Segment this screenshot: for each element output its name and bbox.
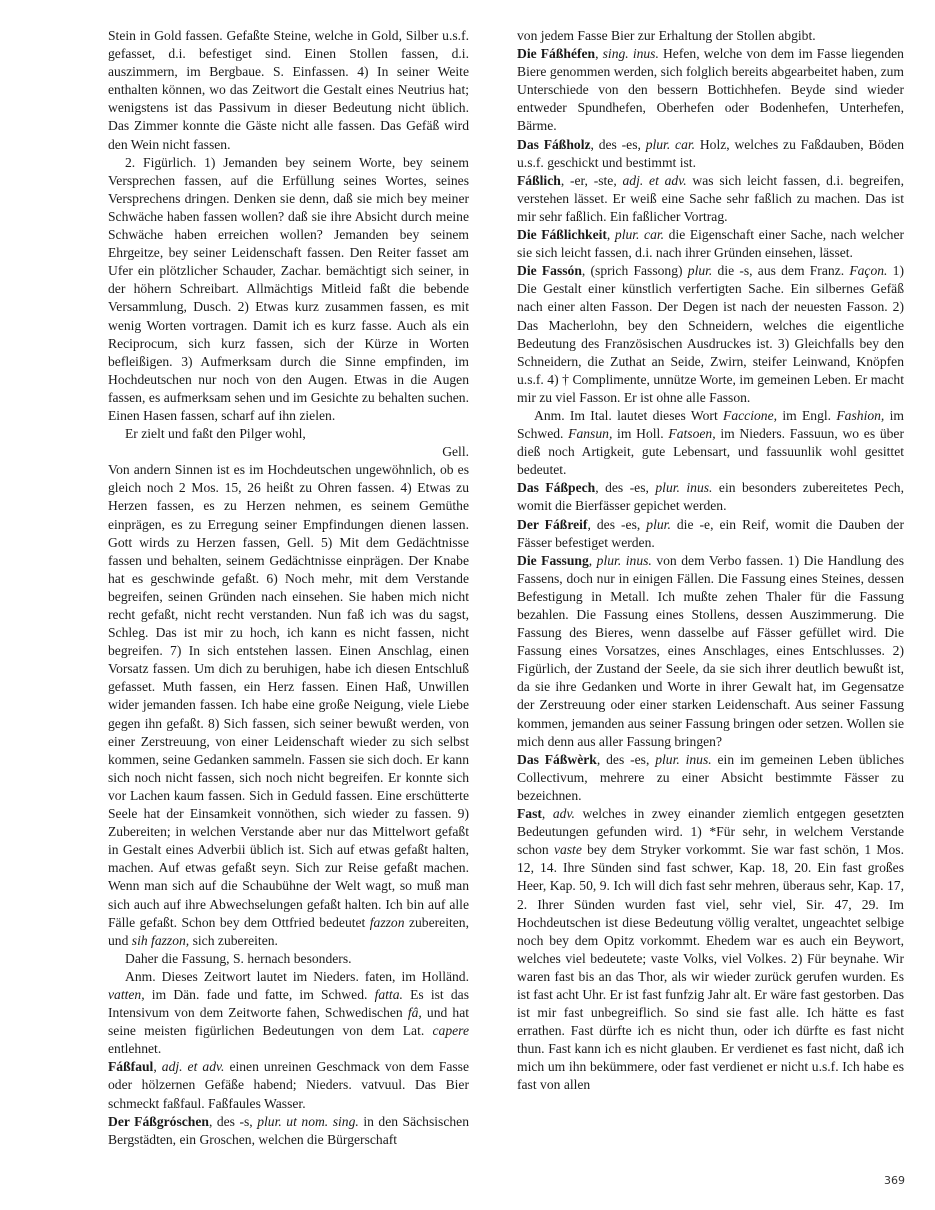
- italic-text: adv.: [553, 806, 575, 821]
- body-text: entlehnet.: [108, 1041, 161, 1056]
- dictionary-entry: Die Fassung, plur. inus. von dem Verbo f…: [517, 552, 904, 751]
- italic-text: plur. car.: [615, 227, 664, 242]
- body-text: Anm. Im Ital. lautet dieses Wort: [534, 408, 723, 423]
- headword: Die Fáßhéfen: [517, 46, 595, 61]
- dictionary-entry: Fast, adv. welches in zwey einander ziem…: [517, 805, 904, 1095]
- italic-text: plur. inus.: [597, 553, 652, 568]
- body-text: , des -s,: [209, 1114, 257, 1129]
- paragraph: 2. Figürlich. 1) Jemanden bey seinem Wor…: [108, 154, 469, 425]
- paragraph: Von andern Sinnen ist es im Hochdeutsche…: [108, 461, 469, 950]
- body-text: Er zielt und faßt den Pilger wohl,: [125, 426, 306, 441]
- headword: Das Fáßpech: [517, 480, 595, 495]
- headword: Der Fáßgróschen: [108, 1114, 209, 1129]
- body-text: von dem Verbo fassen. 1) Die Handlung de…: [517, 553, 904, 749]
- italic-text: Fashion,: [836, 408, 884, 423]
- dictionary-entry: Die Fassón, (sprich Fassong) plur. die -…: [517, 262, 904, 407]
- page-number: 369: [884, 1174, 905, 1187]
- dictionary-entry: Das Fáßholz, des -es, plur. car. Holz, w…: [517, 136, 904, 172]
- body-text: Gell.: [442, 444, 469, 459]
- paragraph: Stein in Gold fassen. Gefaßte Steine, we…: [108, 27, 469, 154]
- italic-text: vatten,: [108, 987, 145, 1002]
- body-text: im Dän. fade und fatte, im Schwed.: [145, 987, 375, 1002]
- right-column: von jedem Fasse Bier zur Erhaltung der S…: [517, 27, 904, 1095]
- headword: Fáßfaul: [108, 1059, 153, 1074]
- body-text: ,: [542, 806, 553, 821]
- body-text: , des -es,: [595, 480, 655, 495]
- body-text: ,: [153, 1059, 161, 1074]
- italic-text: adj. et adv.: [623, 173, 687, 188]
- left-column: Stein in Gold fassen. Gefaßte Steine, we…: [108, 27, 469, 1149]
- italic-text: sing. inus.: [603, 46, 659, 61]
- body-text: ,: [595, 46, 603, 61]
- italic-text: Faccione,: [723, 408, 777, 423]
- body-text: ,: [607, 227, 615, 242]
- paragraph: Anm. Im Ital. lautet dieses Wort Faccion…: [517, 407, 904, 479]
- dictionary-entry: Die Fáßlichkeit, plur. car. die Eigensch…: [517, 226, 904, 262]
- headword: Die Fáßlichkeit: [517, 227, 607, 242]
- body-text: 1) Die Gestalt einer künstlich verfertig…: [517, 263, 904, 405]
- body-text: von jedem Fasse Bier zur Erhaltung der S…: [517, 28, 816, 43]
- body-text: die -s, aus dem Franz.: [712, 263, 849, 278]
- body-text: , des -es,: [587, 517, 646, 532]
- italic-text: fatta.: [375, 987, 403, 1002]
- body-text: im Engl.: [777, 408, 836, 423]
- paragraph: von jedem Fasse Bier zur Erhaltung der S…: [517, 27, 904, 45]
- italic-text: Façon.: [849, 263, 887, 278]
- body-text: Von andern Sinnen ist es im Hochdeutsche…: [108, 462, 469, 929]
- italic-text: plur. inus.: [655, 480, 712, 495]
- italic-text: fâ,: [408, 1005, 422, 1020]
- dictionary-entry: Das Fáßpech, des -es, plur. inus. ein be…: [517, 479, 904, 515]
- body-text: Stein in Gold fassen. Gefaßte Steine, we…: [108, 28, 469, 152]
- body-text: Daher die Fassung, S. hernach besonders.: [125, 951, 352, 966]
- italic-text: sih fazzon,: [132, 933, 189, 948]
- italic-text: Fansun,: [568, 426, 612, 441]
- italic-text: adj. et adv.: [162, 1059, 225, 1074]
- paragraph: Anm. Dieses Zeitwort lautet im Nieders. …: [108, 968, 469, 1058]
- body-text: 2. Figürlich. 1) Jemanden bey seinem Wor…: [108, 155, 469, 423]
- italic-text: plur. car.: [646, 137, 695, 152]
- dictionary-entry: Das Fáßwèrk, des -es, plur. inus. ein im…: [517, 751, 904, 805]
- italic-text: plur. ut nom. sing.: [257, 1114, 359, 1129]
- italic-text: Fatsoen,: [668, 426, 715, 441]
- body-text: , des -es,: [597, 752, 655, 767]
- headword: Fast: [517, 806, 542, 821]
- dictionary-entry: Die Fáßhéfen, sing. inus. Hefen, welche …: [517, 45, 904, 135]
- dictionary-entry: Fáßlich, -er, -ste, adj. et adv. was sic…: [517, 172, 904, 226]
- body-text: ,: [589, 553, 597, 568]
- paragraph: Gell.: [108, 443, 469, 461]
- italic-text: plur. inus.: [655, 752, 711, 767]
- italic-text: vaste: [554, 842, 582, 857]
- italic-text: fazzon: [370, 915, 405, 930]
- headword: Das Fáßholz: [517, 137, 591, 152]
- paragraph: Daher die Fassung, S. hernach besonders.: [108, 950, 469, 968]
- body-text: bey dem Stryker vorkommt. Sie war fast s…: [517, 842, 904, 1092]
- headword: Der Fáßreif: [517, 517, 587, 532]
- headword: Die Fassón: [517, 263, 582, 278]
- headword: Das Fáßwèrk: [517, 752, 597, 767]
- italic-text: capere: [433, 1023, 469, 1038]
- body-text: Anm. Dieses Zeitwort lautet im Nieders. …: [125, 969, 469, 984]
- body-text: sich zubereiten.: [189, 933, 278, 948]
- headword: Die Fassung: [517, 553, 589, 568]
- paragraph: Er zielt und faßt den Pilger wohl,: [108, 425, 469, 443]
- dictionary-entry: Fáßfaul, adj. et adv. einen unreinen Ges…: [108, 1058, 469, 1112]
- italic-text: plur.: [646, 517, 671, 532]
- dictionary-entry: Der Fáßreif, des -es, plur. die -e, ein …: [517, 516, 904, 552]
- body-text: , -er, -ste,: [561, 173, 623, 188]
- body-text: , (sprich Fassong): [582, 263, 688, 278]
- italic-text: plur.: [688, 263, 713, 278]
- body-text: im Holl.: [612, 426, 668, 441]
- headword: Fáßlich: [517, 173, 561, 188]
- dictionary-entry: Der Fáßgróschen, des -s, plur. ut nom. s…: [108, 1113, 469, 1149]
- body-text: , des -es,: [591, 137, 646, 152]
